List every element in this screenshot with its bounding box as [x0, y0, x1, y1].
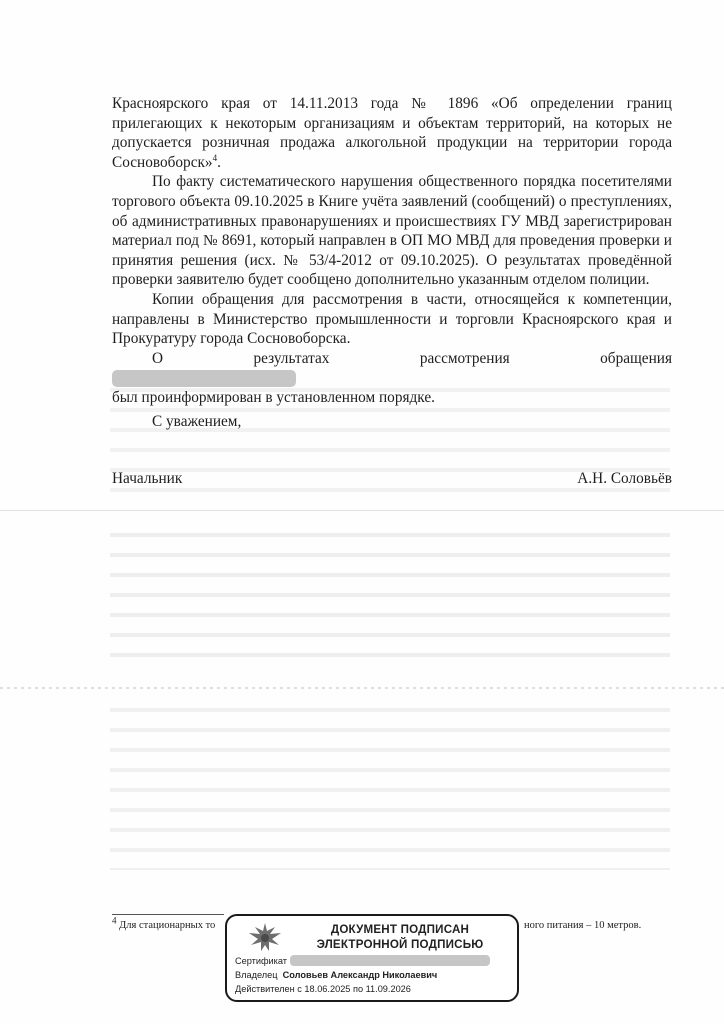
owner-name: Соловьев Александр Николаевич	[283, 970, 438, 980]
paragraph-violation-report: По факту систематического нарушения обще…	[112, 172, 672, 290]
paragraph-text: Красноярского края от 14.11.2013 года № …	[112, 95, 672, 171]
owner-label: Владелец	[235, 970, 278, 980]
paragraph-copies-sent: Копии обращения для рассмотрения в части…	[112, 290, 672, 349]
signatory-title: Начальник	[112, 470, 182, 488]
bleed-through-text-middle	[110, 525, 670, 670]
paragraph-result-notice-cont: был проинформирован в установленном поря…	[112, 388, 672, 408]
stamp-validity-row: Действителен с 18.06.2025 по 11.09.2026	[235, 983, 411, 995]
bleed-through-rule	[0, 510, 724, 511]
footnote-text-right: ного питания – 10 метров.	[524, 920, 641, 931]
bleed-through-text-bottom	[110, 700, 670, 870]
paragraph-text: О результатах рассмотрения обращения	[152, 350, 672, 367]
electronic-signature-stamp: ДОКУМЕНТ ПОДПИСАН ЭЛЕКТРОННОЙ ПОДПИСЬЮ С…	[225, 914, 519, 1002]
stamp-title: ДОКУМЕНТ ПОДПИСАН ЭЛЕКТРОННОЙ ПОДПИСЬЮ	[289, 922, 511, 952]
scan-artifact-line	[0, 687, 724, 689]
stamp-certificate-row: Сертификат	[235, 955, 490, 967]
footnote-text-left: Для стационарных то	[119, 920, 215, 931]
footnote-mark: 4	[112, 916, 117, 926]
letter-body: Красноярского края от 14.11.2013 года № …	[112, 94, 672, 408]
signatory-name: А.Н. Соловьёв	[577, 470, 672, 488]
certificate-redacted	[290, 955, 490, 966]
stamp-title-line1: ДОКУМЕНТ ПОДПИСАН	[289, 922, 511, 937]
footnote-separator	[112, 914, 224, 915]
signature-block: Начальник А.Н. Соловьёв	[112, 470, 672, 488]
certificate-label: Сертификат	[235, 956, 287, 966]
stamp-owner-row: Владелец Соловьев Александр Николаевич	[235, 969, 437, 981]
paragraph-result-notice: О результатах рассмотрения обращения	[112, 349, 672, 388]
paragraph-legal-reference: Красноярского края от 14.11.2013 года № …	[112, 94, 672, 172]
scanned-page: Красноярского края от 14.11.2013 года № …	[0, 0, 724, 1024]
closing-salutation: С уважением,	[152, 413, 241, 431]
redacted-name	[112, 370, 296, 387]
mvd-eagle-emblem-icon	[245, 921, 285, 957]
paragraph-tail: .	[217, 154, 221, 171]
stamp-title-line2: ЭЛЕКТРОННОЙ ПОДПИСЬЮ	[289, 937, 511, 952]
